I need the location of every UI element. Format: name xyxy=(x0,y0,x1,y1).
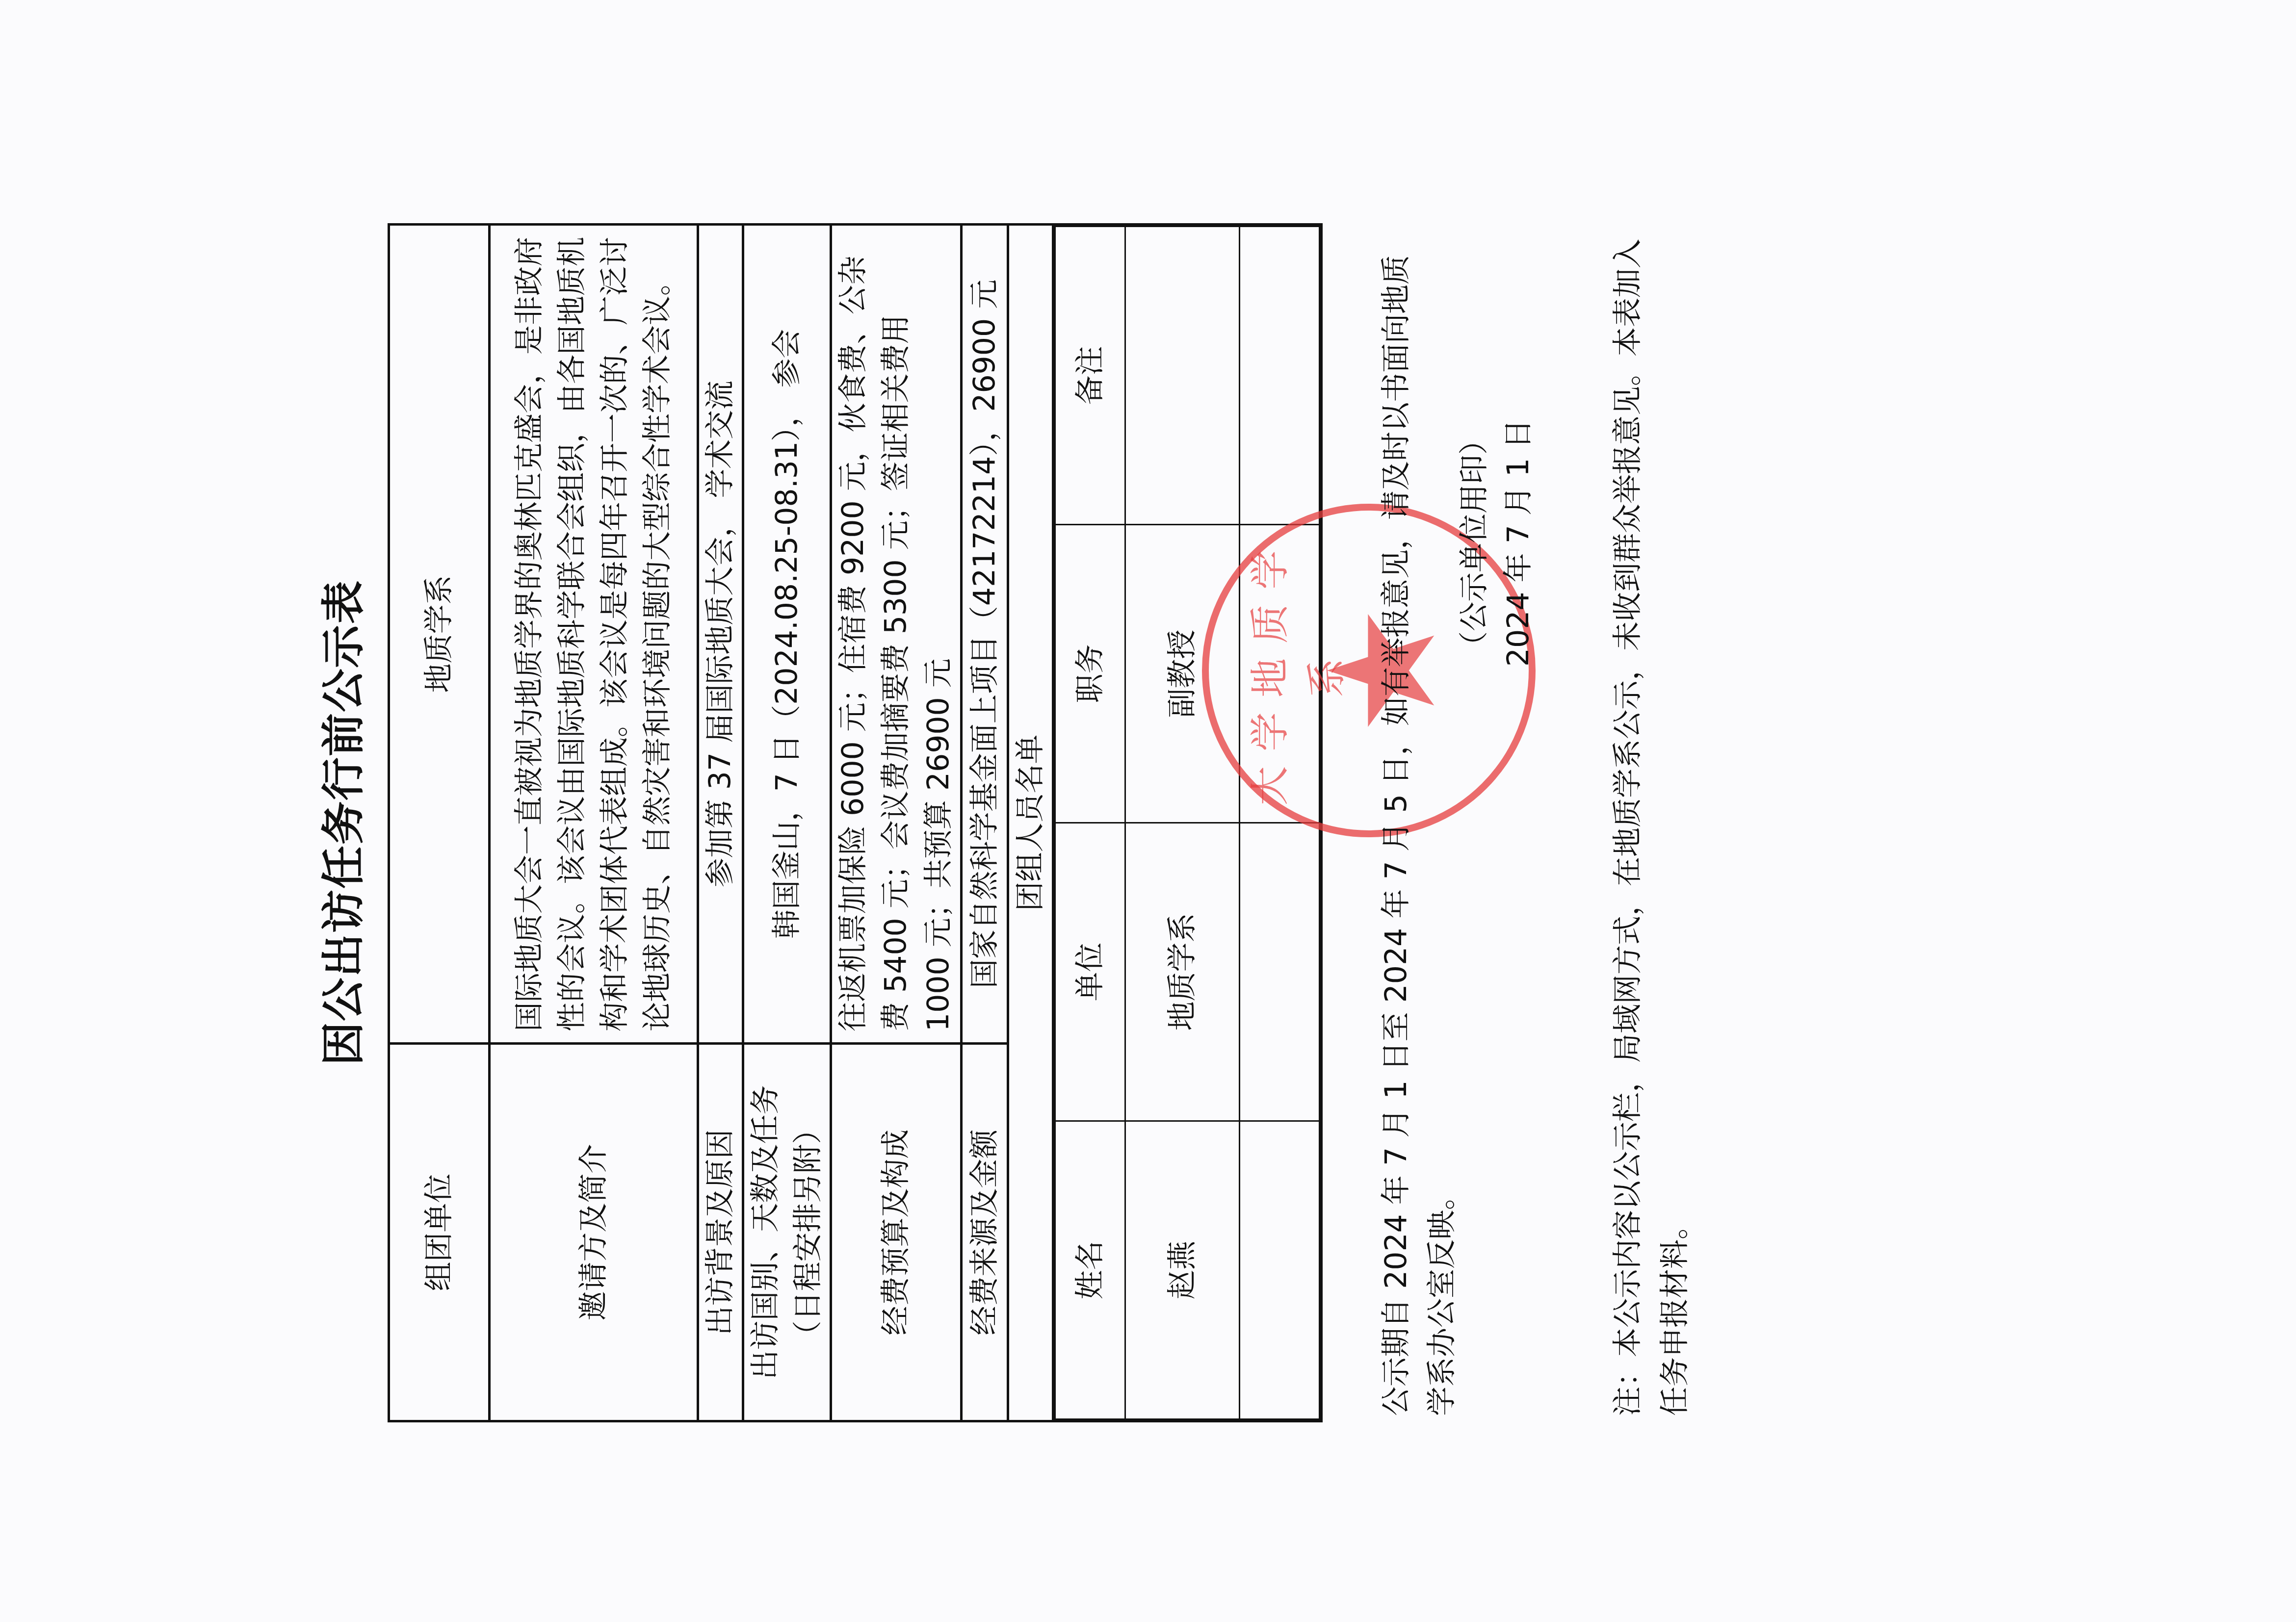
member-name: 赵燕 xyxy=(1125,1121,1240,1419)
members-cell: 姓名 单位 职务 备注 赵燕 地质学系 副教授 xyxy=(1053,225,1322,1421)
header-remark: 备注 xyxy=(1055,227,1125,525)
value-background: 参加第 37 届国际地质大会， 学术交流 xyxy=(698,225,743,1044)
member-name xyxy=(1240,1121,1320,1419)
member-unit xyxy=(1240,823,1320,1121)
row-inviter: 邀请方及简介 国际地质大会一直被视为地质学界的奥林匹克盛会，是非政府性的会议。该… xyxy=(490,225,698,1421)
value-budget: 往返机票加保险 6000 元；住宿费 9200 元，伙食费、公杂费 5400 元… xyxy=(831,225,962,1044)
row-members-title: 团组人员名单 xyxy=(1008,225,1053,1421)
disclosure-period: 公示期自 2024 年 7 月 1 日至 2024 年 7 月 5 日，如有举报… xyxy=(1374,229,1465,1416)
members-section-label: 团组人员名单 xyxy=(1008,225,1053,1421)
member-remark xyxy=(1240,227,1320,525)
label-org-unit: 组团单位 xyxy=(389,1044,490,1421)
signature-block: （公示单位用印） 2024 年 7 月 1 日 xyxy=(1452,273,1540,813)
signer-label: （公示单位用印） xyxy=(1452,273,1496,813)
label-destination-line1: 出访国别、天数及任务 xyxy=(744,1056,787,1409)
label-budget: 经费预算及构成 xyxy=(831,1044,962,1421)
table-row: 赵燕 地质学系 副教授 xyxy=(1125,227,1240,1419)
disclosure-table: 组团单位 地质学系 邀请方及简介 国际地质大会一直被视为地质学界的奥林匹克盛会，… xyxy=(388,223,1323,1422)
footnote: 注：本公示内容以公示栏，局域网方式，在地质学系公示，未收到群众举报意见。本表加入… xyxy=(1604,229,1698,1416)
value-destination: 韩国釜山，7 日（2024.08.25-08.31）， 参会 xyxy=(743,225,831,1044)
row-budget: 经费预算及构成 往返机票加保险 6000 元；住宿费 9200 元，伙食费、公杂… xyxy=(831,225,962,1421)
row-background: 出访背景及原因 参加第 37 届国际地质大会， 学术交流 xyxy=(698,225,743,1421)
row-funding: 经费来源及金额 国家自然科学基金面上项目（42172214），26900 元 xyxy=(962,225,1008,1421)
label-funding: 经费来源及金额 xyxy=(962,1044,1008,1421)
label-background: 出访背景及原因 xyxy=(698,1044,743,1421)
document-title: 因公出访任务行前公示表 xyxy=(309,219,371,1426)
label-destination-line2: （日程安排另附） xyxy=(787,1056,830,1409)
document-page: 因公出访任务行前公示表 组团单位 地质学系 邀请方及简介 国际地质大会一直被视为… xyxy=(0,0,2296,1622)
members-header-row: 姓名 单位 职务 备注 xyxy=(1055,227,1125,1419)
row-org-unit: 组团单位 地质学系 xyxy=(389,225,490,1421)
member-unit: 地质学系 xyxy=(1125,823,1240,1121)
header-unit: 单位 xyxy=(1055,823,1125,1121)
members-table: 姓名 单位 职务 备注 赵燕 地质学系 副教授 xyxy=(1054,226,1320,1420)
label-inviter: 邀请方及简介 xyxy=(490,1044,698,1421)
sign-date: 2024 年 7 月 1 日 xyxy=(1496,273,1540,813)
row-destination: 出访国别、天数及任务 （日程安排另附） 韩国釜山，7 日（2024.08.25-… xyxy=(743,225,831,1421)
value-inviter: 国际地质大会一直被视为地质学界的奥林匹克盛会，是非政府性的会议。该会议由国际地质… xyxy=(490,225,698,1044)
row-members: 姓名 单位 职务 备注 赵燕 地质学系 副教授 xyxy=(1053,225,1322,1421)
value-org-unit: 地质学系 xyxy=(389,225,490,1044)
member-remark xyxy=(1125,227,1240,525)
label-destination: 出访国别、天数及任务 （日程安排另附） xyxy=(743,1044,831,1421)
header-position: 职务 xyxy=(1055,525,1125,823)
value-funding: 国家自然科学基金面上项目（42172214），26900 元 xyxy=(962,225,1008,1044)
period-text: 公示期自 2024 年 7 月 1 日至 2024 年 7 月 5 日，如有举报… xyxy=(1374,229,1465,1416)
header-name: 姓名 xyxy=(1055,1121,1125,1419)
